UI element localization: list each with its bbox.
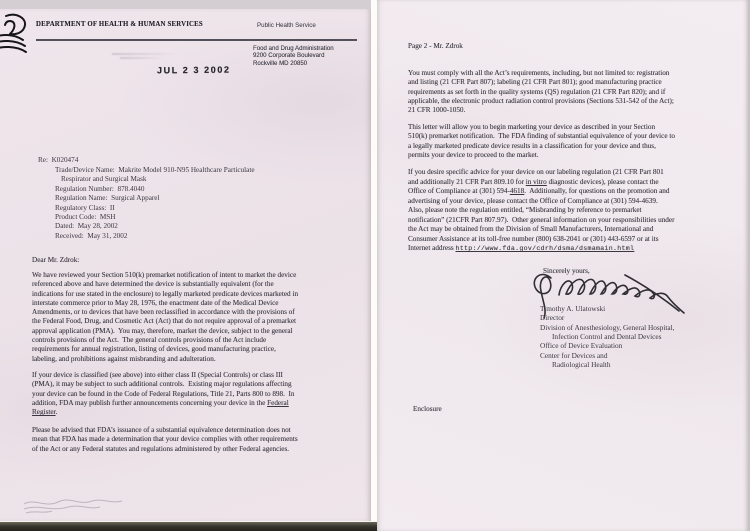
signer-name: Timothy A. Ulatowski: [540, 304, 675, 313]
fda-url: http://www.fda.gov/cdrh/dsma/dsmamain.ht…: [456, 245, 635, 252]
public-health-service-label: Public Health Service: [257, 22, 316, 29]
enclosure-note: Enclosure: [413, 405, 442, 414]
reference-line: Trade/Device Name: Makrite Model 910-N95…: [55, 166, 255, 175]
signer-division-cont: Infection Control and Dental Devices: [540, 332, 675, 341]
letter-page-1: DEPARTMENT OF HEALTH & HUMAN SERVICES Pu…: [0, 9, 371, 521]
reference-line: Regulatory Class: II: [55, 204, 255, 213]
letter-page-2: Page 2 - Mr. Zdrok You must comply with …: [377, 0, 748, 531]
body-paragraph-5: This letter will allow you to begin mark…: [408, 123, 675, 160]
salutation: Dear Mr. Zdrok:: [32, 256, 79, 265]
paragraph-text: If your device is classified (see above)…: [32, 371, 295, 407]
agency-address-line: 9200 Corporate Boulevard: [253, 52, 334, 59]
signature-block: Timothy A. Ulatowski Director Division o…: [540, 304, 675, 369]
body-paragraph-6: If you desire specific advice for your d…: [408, 168, 675, 254]
reference-line: Regulation Number: 878.4040: [55, 185, 255, 194]
signer-title: Director: [540, 313, 675, 322]
body-paragraph-3: Please be advised that FDA’s issuance of…: [32, 426, 298, 454]
scan-background-top: [0, 0, 371, 9]
reference-line: Dated: May 28, 2002: [55, 222, 255, 231]
pencil-scribble: [22, 496, 157, 516]
header-rule: [36, 39, 357, 41]
signer-office: Office of Device Evaluation: [540, 341, 675, 350]
scan-edge-shadow: [0, 521, 377, 531]
reference-line: Received: May 31, 2002: [55, 232, 255, 241]
reference-block: Trade/Device Name: Makrite Model 910-N95…: [55, 166, 255, 241]
signer-division: Division of Anesthesiology, General Hosp…: [540, 323, 675, 332]
agency-address-line: Rockville MD 20850: [253, 60, 334, 67]
faint-stamp-smudge: [112, 53, 178, 61]
reference-line: Regulation Name: Surgical Apparel: [55, 194, 255, 203]
in-vitro-underlined: in vitro: [526, 178, 547, 186]
reference-number-line: Re: K020474: [38, 156, 78, 165]
body-paragraph-1: We have reviewed your Section 510(k) pre…: [32, 271, 298, 364]
body-paragraph-4: You must comply with all the Act’s requi…: [408, 69, 674, 116]
phone-digits-underlined: 4618: [510, 187, 524, 195]
department-title: DEPARTMENT OF HEALTH & HUMAN SERVICES: [36, 21, 203, 28]
agency-address-block: Food and Drug Administration 9200 Corpor…: [253, 45, 334, 67]
hhs-eagle-icon: [0, 12, 30, 58]
reference-line: Product Code: MSH: [55, 213, 255, 222]
paragraph-text: . Additionally, for questions on the pro…: [408, 187, 675, 252]
signer-center-cont: Radiological Health: [540, 360, 675, 369]
paragraph-text: .: [56, 408, 58, 416]
received-date-stamp: JUL 2 3 2002: [157, 65, 231, 76]
body-paragraph-2: If your device is classified (see above)…: [32, 371, 295, 417]
signer-center: Center for Devices and: [540, 351, 675, 360]
page2-header: Page 2 - Mr. Zdrok: [408, 42, 463, 51]
agency-address-line: Food and Drug Administration: [253, 45, 334, 52]
scanned-letter: DEPARTMENT OF HEALTH & HUMAN SERVICES Pu…: [0, 0, 750, 531]
reference-line: Respirator and Surgical Mask: [55, 175, 255, 184]
